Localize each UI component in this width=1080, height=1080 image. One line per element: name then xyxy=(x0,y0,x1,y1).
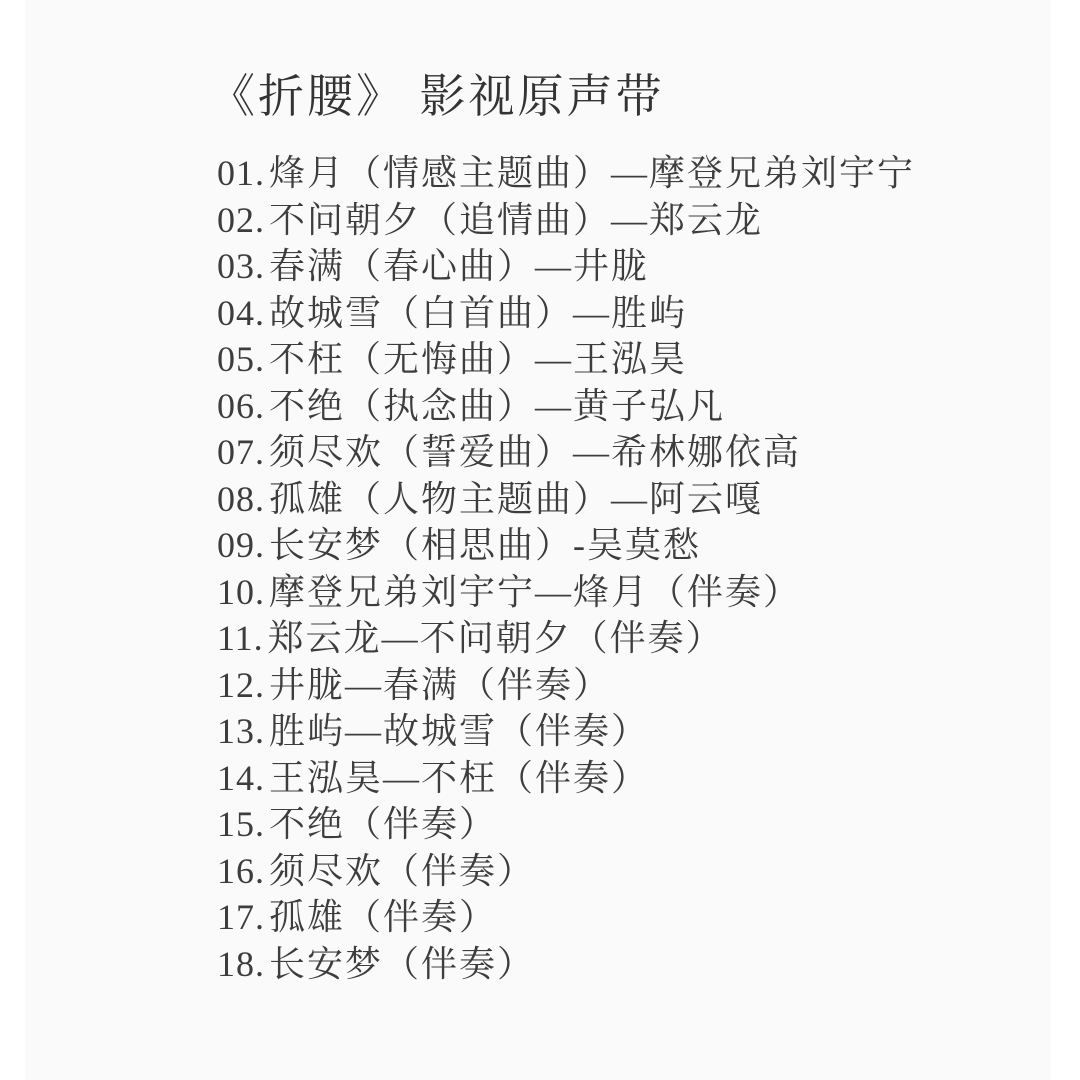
track-number: 09. xyxy=(217,525,265,565)
track-number: 13. xyxy=(217,711,265,751)
track-number: 14. xyxy=(217,758,265,798)
track-item: 04.故城雪（白首曲）—胜屿 xyxy=(217,290,915,337)
track-item: 14.王泓昊—不枉（伴奏） xyxy=(217,755,915,802)
track-text: 不枉（无悔曲）—王泓昊 xyxy=(269,339,687,379)
tracklist-panel: 《折腰》 影视原声带 01.烽月（情感主题曲）—摩登兄弟刘宇宁02.不问朝夕（追… xyxy=(25,0,1051,1080)
track-text: 孤雄（人物主题曲）—阿云嘎 xyxy=(269,479,763,519)
track-text: 不绝（执念曲）—黄子弘凡 xyxy=(269,386,725,426)
track-text: 须尽欢（伴奏） xyxy=(269,851,535,891)
track-item: 06.不绝（执念曲）—黄子弘凡 xyxy=(217,383,915,430)
track-number: 04. xyxy=(217,293,265,333)
track-text: 不问朝夕（追情曲）—郑云龙 xyxy=(269,200,763,240)
page-title: 《折腰》 影视原声带 xyxy=(209,72,665,123)
track-item: 02.不问朝夕（追情曲）—郑云龙 xyxy=(217,197,915,244)
track-number: 02. xyxy=(217,200,265,240)
track-number: 06. xyxy=(217,386,265,426)
track-text: 长安梦（相思曲）-吴莫愁 xyxy=(269,525,701,565)
track-list: 01.烽月（情感主题曲）—摩登兄弟刘宇宁02.不问朝夕（追情曲）—郑云龙03.春… xyxy=(217,150,915,987)
track-number: 05. xyxy=(217,339,265,379)
track-item: 08.孤雄（人物主题曲）—阿云嘎 xyxy=(217,476,915,523)
track-item: 11.郑云龙—不问朝夕（伴奏） xyxy=(217,615,915,662)
track-number: 03. xyxy=(217,246,265,286)
track-text: 长安梦（伴奏） xyxy=(269,944,535,984)
track-item: 16.须尽欢（伴奏） xyxy=(217,848,915,895)
track-number: 11. xyxy=(217,618,264,658)
track-number: 17. xyxy=(217,897,265,937)
track-number: 15. xyxy=(217,804,265,844)
track-number: 08. xyxy=(217,479,265,519)
track-text: 孤雄（伴奏） xyxy=(269,897,497,937)
track-item: 09.长安梦（相思曲）-吴莫愁 xyxy=(217,522,915,569)
track-item: 15.不绝（伴奏） xyxy=(217,801,915,848)
track-text: 郑云龙—不问朝夕（伴奏） xyxy=(268,618,724,658)
track-text: 须尽欢（誓爱曲）—希林娜依高 xyxy=(269,432,801,472)
track-text: 烽月（情感主题曲）—摩登兄弟刘宇宁 xyxy=(269,153,915,193)
track-item: 01.烽月（情感主题曲）—摩登兄弟刘宇宁 xyxy=(217,150,915,197)
track-text: 摩登兄弟刘宇宁—烽月（伴奏） xyxy=(269,572,801,612)
track-item: 03.春满（春心曲）—井胧 xyxy=(217,243,915,290)
track-number: 16. xyxy=(217,851,265,891)
track-text: 井胧—春满（伴奏） xyxy=(269,665,611,705)
track-item: 12.井胧—春满（伴奏） xyxy=(217,662,915,709)
track-text: 不绝（伴奏） xyxy=(269,804,497,844)
track-text: 王泓昊—不枉（伴奏） xyxy=(269,758,649,798)
track-item: 07.须尽欢（誓爱曲）—希林娜依高 xyxy=(217,429,915,476)
track-number: 10. xyxy=(217,572,265,612)
track-item: 17.孤雄（伴奏） xyxy=(217,894,915,941)
track-number: 12. xyxy=(217,665,265,705)
track-text: 春满（春心曲）—井胧 xyxy=(269,246,649,286)
track-number: 07. xyxy=(217,432,265,472)
track-text: 胜屿—故城雪（伴奏） xyxy=(269,711,649,751)
track-item: 10.摩登兄弟刘宇宁—烽月（伴奏） xyxy=(217,569,915,616)
track-text: 故城雪（白首曲）—胜屿 xyxy=(269,293,687,333)
track-item: 05.不枉（无悔曲）—王泓昊 xyxy=(217,336,915,383)
track-item: 18.长安梦（伴奏） xyxy=(217,941,915,988)
track-number: 18. xyxy=(217,944,265,984)
track-item: 13.胜屿—故城雪（伴奏） xyxy=(217,708,915,755)
track-number: 01. xyxy=(217,153,265,193)
